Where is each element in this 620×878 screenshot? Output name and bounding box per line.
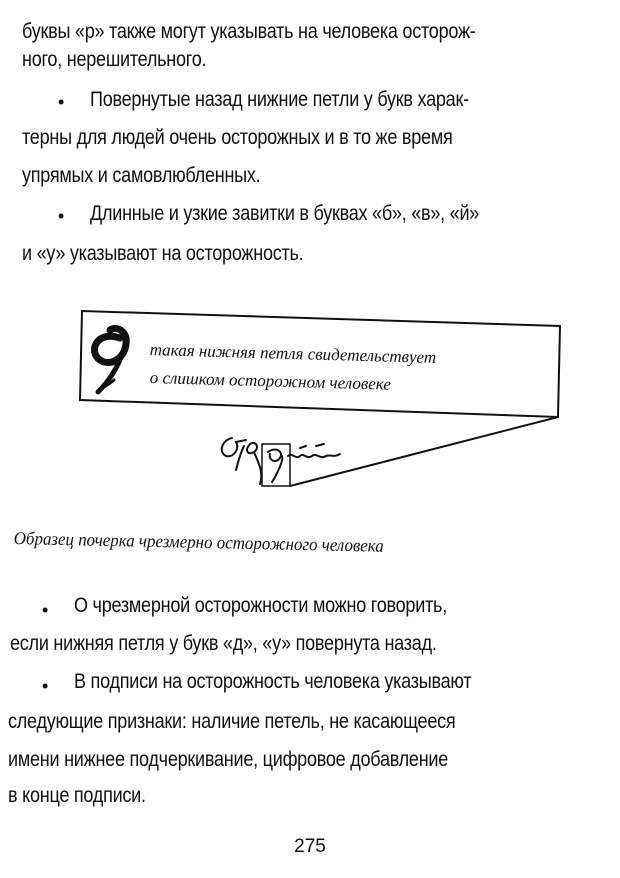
figure-caption: Образец почерка чрезмерно осторожного че… <box>14 528 384 557</box>
text-line: О чрезмерной осторожности можно говорить… <box>74 594 447 618</box>
text-line: в конце подписи. <box>8 784 146 808</box>
handwritten-loop-icon <box>94 328 126 392</box>
text-line: В подписи на осторожность человека указы… <box>74 670 471 694</box>
bullet-icon: • <box>42 600 48 621</box>
page-number: 275 <box>0 836 620 858</box>
text-line: следующие признаки: наличие петель, не к… <box>8 710 455 734</box>
handwriting-figure <box>0 0 620 510</box>
text-line: имени нижнее подчеркивание, цифровое доб… <box>8 748 448 772</box>
text-line: если нижняя петля у букв «д», «у» поверн… <box>10 632 437 656</box>
bullet-icon: • <box>42 676 48 697</box>
